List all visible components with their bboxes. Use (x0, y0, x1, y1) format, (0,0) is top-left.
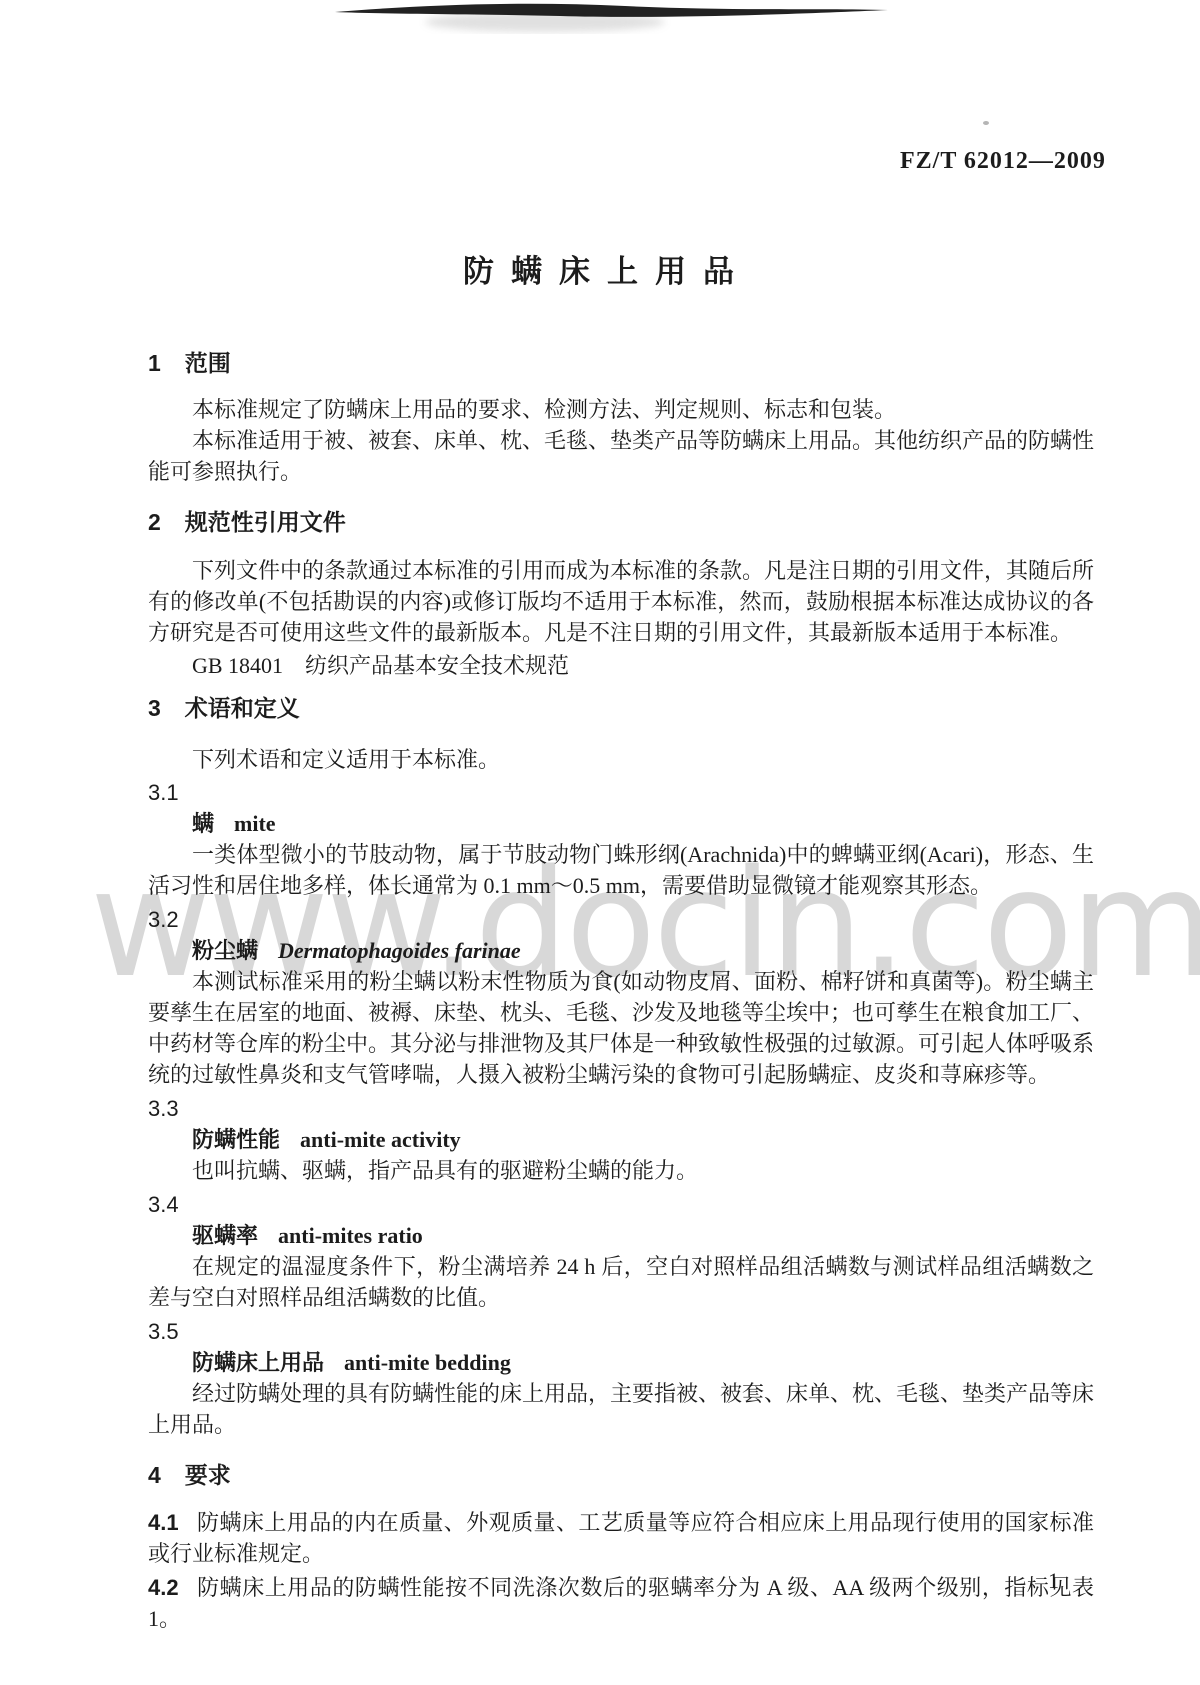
document-title: 防螨床上用品 (0, 246, 1200, 291)
document-body: 1范围 本标准规定了防螨床上用品的要求、检测方法、判定规则、标志和包装。 本标准… (148, 348, 1094, 1634)
paragraph: 下列文件中的条款通过本标准的引用而成为本标准的条款。凡是注日期的引用文件，其随后… (148, 555, 1094, 648)
section-2-heading: 2规范性引用文件 (148, 507, 1094, 538)
term-zh: 粉尘螨 (192, 938, 258, 963)
section-number: 4 (148, 1462, 161, 1488)
paragraph: 下列术语和定义适用于本标准。 (148, 744, 1094, 775)
section-3-heading: 3术语和定义 (148, 693, 1094, 724)
term-definition: 一类体型微小的节肢动物，属于节肢动物门蛛形纲(Arachnida)中的蜱螨亚纲(… (148, 839, 1094, 901)
section-number: 1 (148, 350, 161, 376)
clause-number: 4.1 (148, 1510, 179, 1535)
term-definition: 也叫抗螨、驱螨，指产品具有的驱避粉尘螨的能力。 (148, 1155, 1094, 1186)
clause-number: 3.1 (148, 777, 1094, 808)
term-zh: 防螨床上用品 (192, 1350, 324, 1375)
section-title: 规范性引用文件 (185, 509, 346, 535)
term-heading: 防螨性能anti-mite activity (148, 1124, 1094, 1155)
standard-number: FZ/T 62012—2009 (900, 148, 1106, 175)
clause-number: 3.3 (148, 1093, 1094, 1124)
term-heading: 防螨床上用品anti-mite bedding (148, 1347, 1094, 1378)
clause-text: 防螨床上用品的内在质量、外观质量、工艺质量等应符合相应床上用品现行使用的国家标准… (148, 1510, 1094, 1566)
term-definition: 经过防螨处理的具有防螨性能的床上用品，主要指被、被套、床单、枕、毛毯、垫类产品等… (148, 1378, 1094, 1440)
section-number: 3 (148, 695, 161, 721)
term-en: anti-mite bedding (344, 1350, 511, 1375)
scan-speck (1056, 1044, 1063, 1049)
document-page: www.docin.com FZ/T 62012—2009 防螨床上用品 1范围… (0, 0, 1200, 1685)
term-heading: 螨mite (148, 808, 1094, 839)
normative-reference: GB 18401 纺织产品基本安全技术规范 (148, 650, 1094, 681)
term-heading: 粉尘螨Dermatophagoides farinae (148, 935, 1094, 966)
term-heading: 驱螨率anti-mites ratio (148, 1220, 1094, 1251)
term-definition: 本测试标准采用的粉尘螨以粉末性物质为食(如动物皮屑、面粉、棉籽饼和真菌等)。粉尘… (148, 966, 1094, 1090)
term-en: Dermatophagoides farinae (278, 938, 521, 963)
section-number: 2 (148, 509, 161, 535)
clause: 4.2防螨床上用品的防螨性能按不同洗涤次数后的驱螨率分为 A 级、AA 级两个级… (148, 1572, 1094, 1634)
paragraph: 本标准适用于被、被套、床单、枕、毛毯、垫类产品等防螨床上用品。其他纺织产品的防螨… (148, 425, 1094, 487)
paragraph: 本标准规定了防螨床上用品的要求、检测方法、判定规则、标志和包装。 (148, 394, 1094, 425)
term-zh: 驱螨率 (192, 1223, 258, 1248)
term-en: anti-mite activity (300, 1127, 461, 1152)
page-number: 1 (1048, 1568, 1059, 1594)
scan-speck (983, 121, 989, 125)
term-en: anti-mites ratio (278, 1223, 423, 1248)
section-title: 术语和定义 (185, 695, 300, 721)
section-1-heading: 1范围 (148, 348, 1094, 379)
clause: 4.1防螨床上用品的内在质量、外观质量、工艺质量等应符合相应床上用品现行使用的国… (148, 1507, 1094, 1569)
clause-number: 3.4 (148, 1189, 1094, 1220)
term-zh: 螨 (192, 811, 214, 836)
term-en: mite (234, 811, 276, 836)
term-zh: 防螨性能 (192, 1127, 280, 1152)
scan-artifact-streak (0, 0, 1200, 60)
clause-number: 3.5 (148, 1316, 1094, 1347)
clause-number: 3.2 (148, 904, 1094, 935)
clause-text: 防螨床上用品的防螨性能按不同洗涤次数后的驱螨率分为 A 级、AA 级两个级别，指… (148, 1575, 1094, 1631)
section-title: 要求 (185, 1462, 231, 1488)
term-definition: 在规定的温湿度条件下，粉尘满培养 24 h 后，空白对照样品组活螨数与测试样品组… (148, 1251, 1094, 1313)
section-4-heading: 4要求 (148, 1460, 1094, 1491)
clause-number: 4.2 (148, 1575, 179, 1600)
section-title: 范围 (185, 350, 231, 376)
